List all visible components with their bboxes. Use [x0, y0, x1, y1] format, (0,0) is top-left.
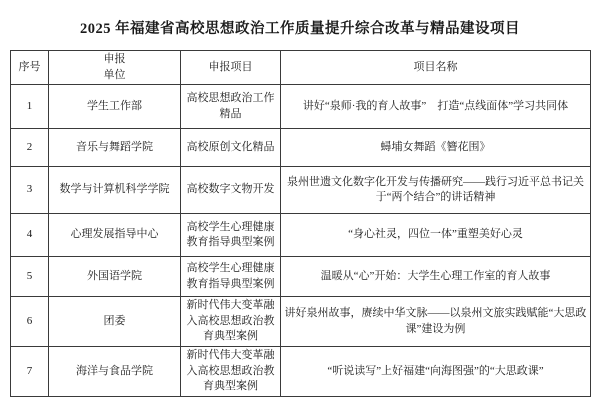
header-name: 项目名称	[281, 51, 591, 85]
project-cell: 高校数字文物开发	[181, 167, 281, 214]
unit-cell: 心理发展指导中心	[49, 214, 181, 257]
table-row: 1 学生工作部 高校思想政治工作精品 讲好“泉师·我的育人故事” 打造“点线面体…	[11, 85, 591, 129]
name-cell: 温暖从“心”开始：大学生心理工作室的育人故事	[281, 257, 591, 297]
table-header-row: 序号 申报 单位 申报项目 项目名称	[11, 51, 591, 85]
header-unit: 申报 单位	[49, 51, 181, 85]
unit-cell: 团委	[49, 297, 181, 347]
name-cell: 讲好“泉师·我的育人故事” 打造“点线面体”学习共同体	[281, 85, 591, 129]
projects-table: 序号 申报 单位 申报项目 项目名称 1 学生工作部 高校思想政治工作精品 讲好…	[10, 50, 591, 397]
project-cell: 新时代伟大变革融入高校思想政治教育典型案例	[181, 297, 281, 347]
document-page: 2025 年福建省高校思想政治工作质量提升综合改革与精品建设项目 序号 申报 单…	[0, 0, 600, 400]
unit-cell: 学生工作部	[49, 85, 181, 129]
unit-cell: 数学与计算机科学学院	[49, 167, 181, 214]
project-cell: 高校学生心理健康教育指导典型案例	[181, 257, 281, 297]
name-cell: 讲好泉州故事，赓续中华文脉——以泉州文旅实践赋能“大思政课”建设为例	[281, 297, 591, 347]
table-row: 5 外国语学院 高校学生心理健康教育指导典型案例 温暖从“心”开始：大学生心理工…	[11, 257, 591, 297]
seq-cell: 1	[11, 85, 49, 129]
seq-cell: 4	[11, 214, 49, 257]
table-row: 7 海洋与食品学院 新时代伟大变革融入高校思想政治教育典型案例 “听说读写”上好…	[11, 347, 591, 397]
header-seq: 序号	[11, 51, 49, 85]
seq-cell: 2	[11, 129, 49, 167]
unit-cell: 音乐与舞蹈学院	[49, 129, 181, 167]
name-cell: “听说读写”上好福建“向海图强”的“大思政课”	[281, 347, 591, 397]
seq-cell: 3	[11, 167, 49, 214]
name-cell: 泉州世遗文化数字化开发与传播研究——践行习近平总书记关于“两个结合”的讲话精神	[281, 167, 591, 214]
header-project: 申报项目	[181, 51, 281, 85]
seq-cell: 5	[11, 257, 49, 297]
project-cell: 高校原创文化精品	[181, 129, 281, 167]
table-row: 3 数学与计算机科学学院 高校数字文物开发 泉州世遗文化数字化开发与传播研究——…	[11, 167, 591, 214]
table-row: 2 音乐与舞蹈学院 高校原创文化精品 蟳埔女舞蹈《簪花围》	[11, 129, 591, 167]
table-row: 6 团委 新时代伟大变革融入高校思想政治教育典型案例 讲好泉州故事，赓续中华文脉…	[11, 297, 591, 347]
name-cell: 蟳埔女舞蹈《簪花围》	[281, 129, 591, 167]
unit-cell: 海洋与食品学院	[49, 347, 181, 397]
table-row: 4 心理发展指导中心 高校学生心理健康教育指导典型案例 “身心社灵，四位一体”重…	[11, 214, 591, 257]
project-cell: 高校思想政治工作精品	[181, 85, 281, 129]
name-cell: “身心社灵，四位一体”重塑美好心灵	[281, 214, 591, 257]
seq-cell: 7	[11, 347, 49, 397]
project-cell: 新时代伟大变革融入高校思想政治教育典型案例	[181, 347, 281, 397]
seq-cell: 6	[11, 297, 49, 347]
project-cell: 高校学生心理健康教育指导典型案例	[181, 214, 281, 257]
unit-cell: 外国语学院	[49, 257, 181, 297]
page-title: 2025 年福建省高校思想政治工作质量提升综合改革与精品建设项目	[0, 17, 600, 38]
